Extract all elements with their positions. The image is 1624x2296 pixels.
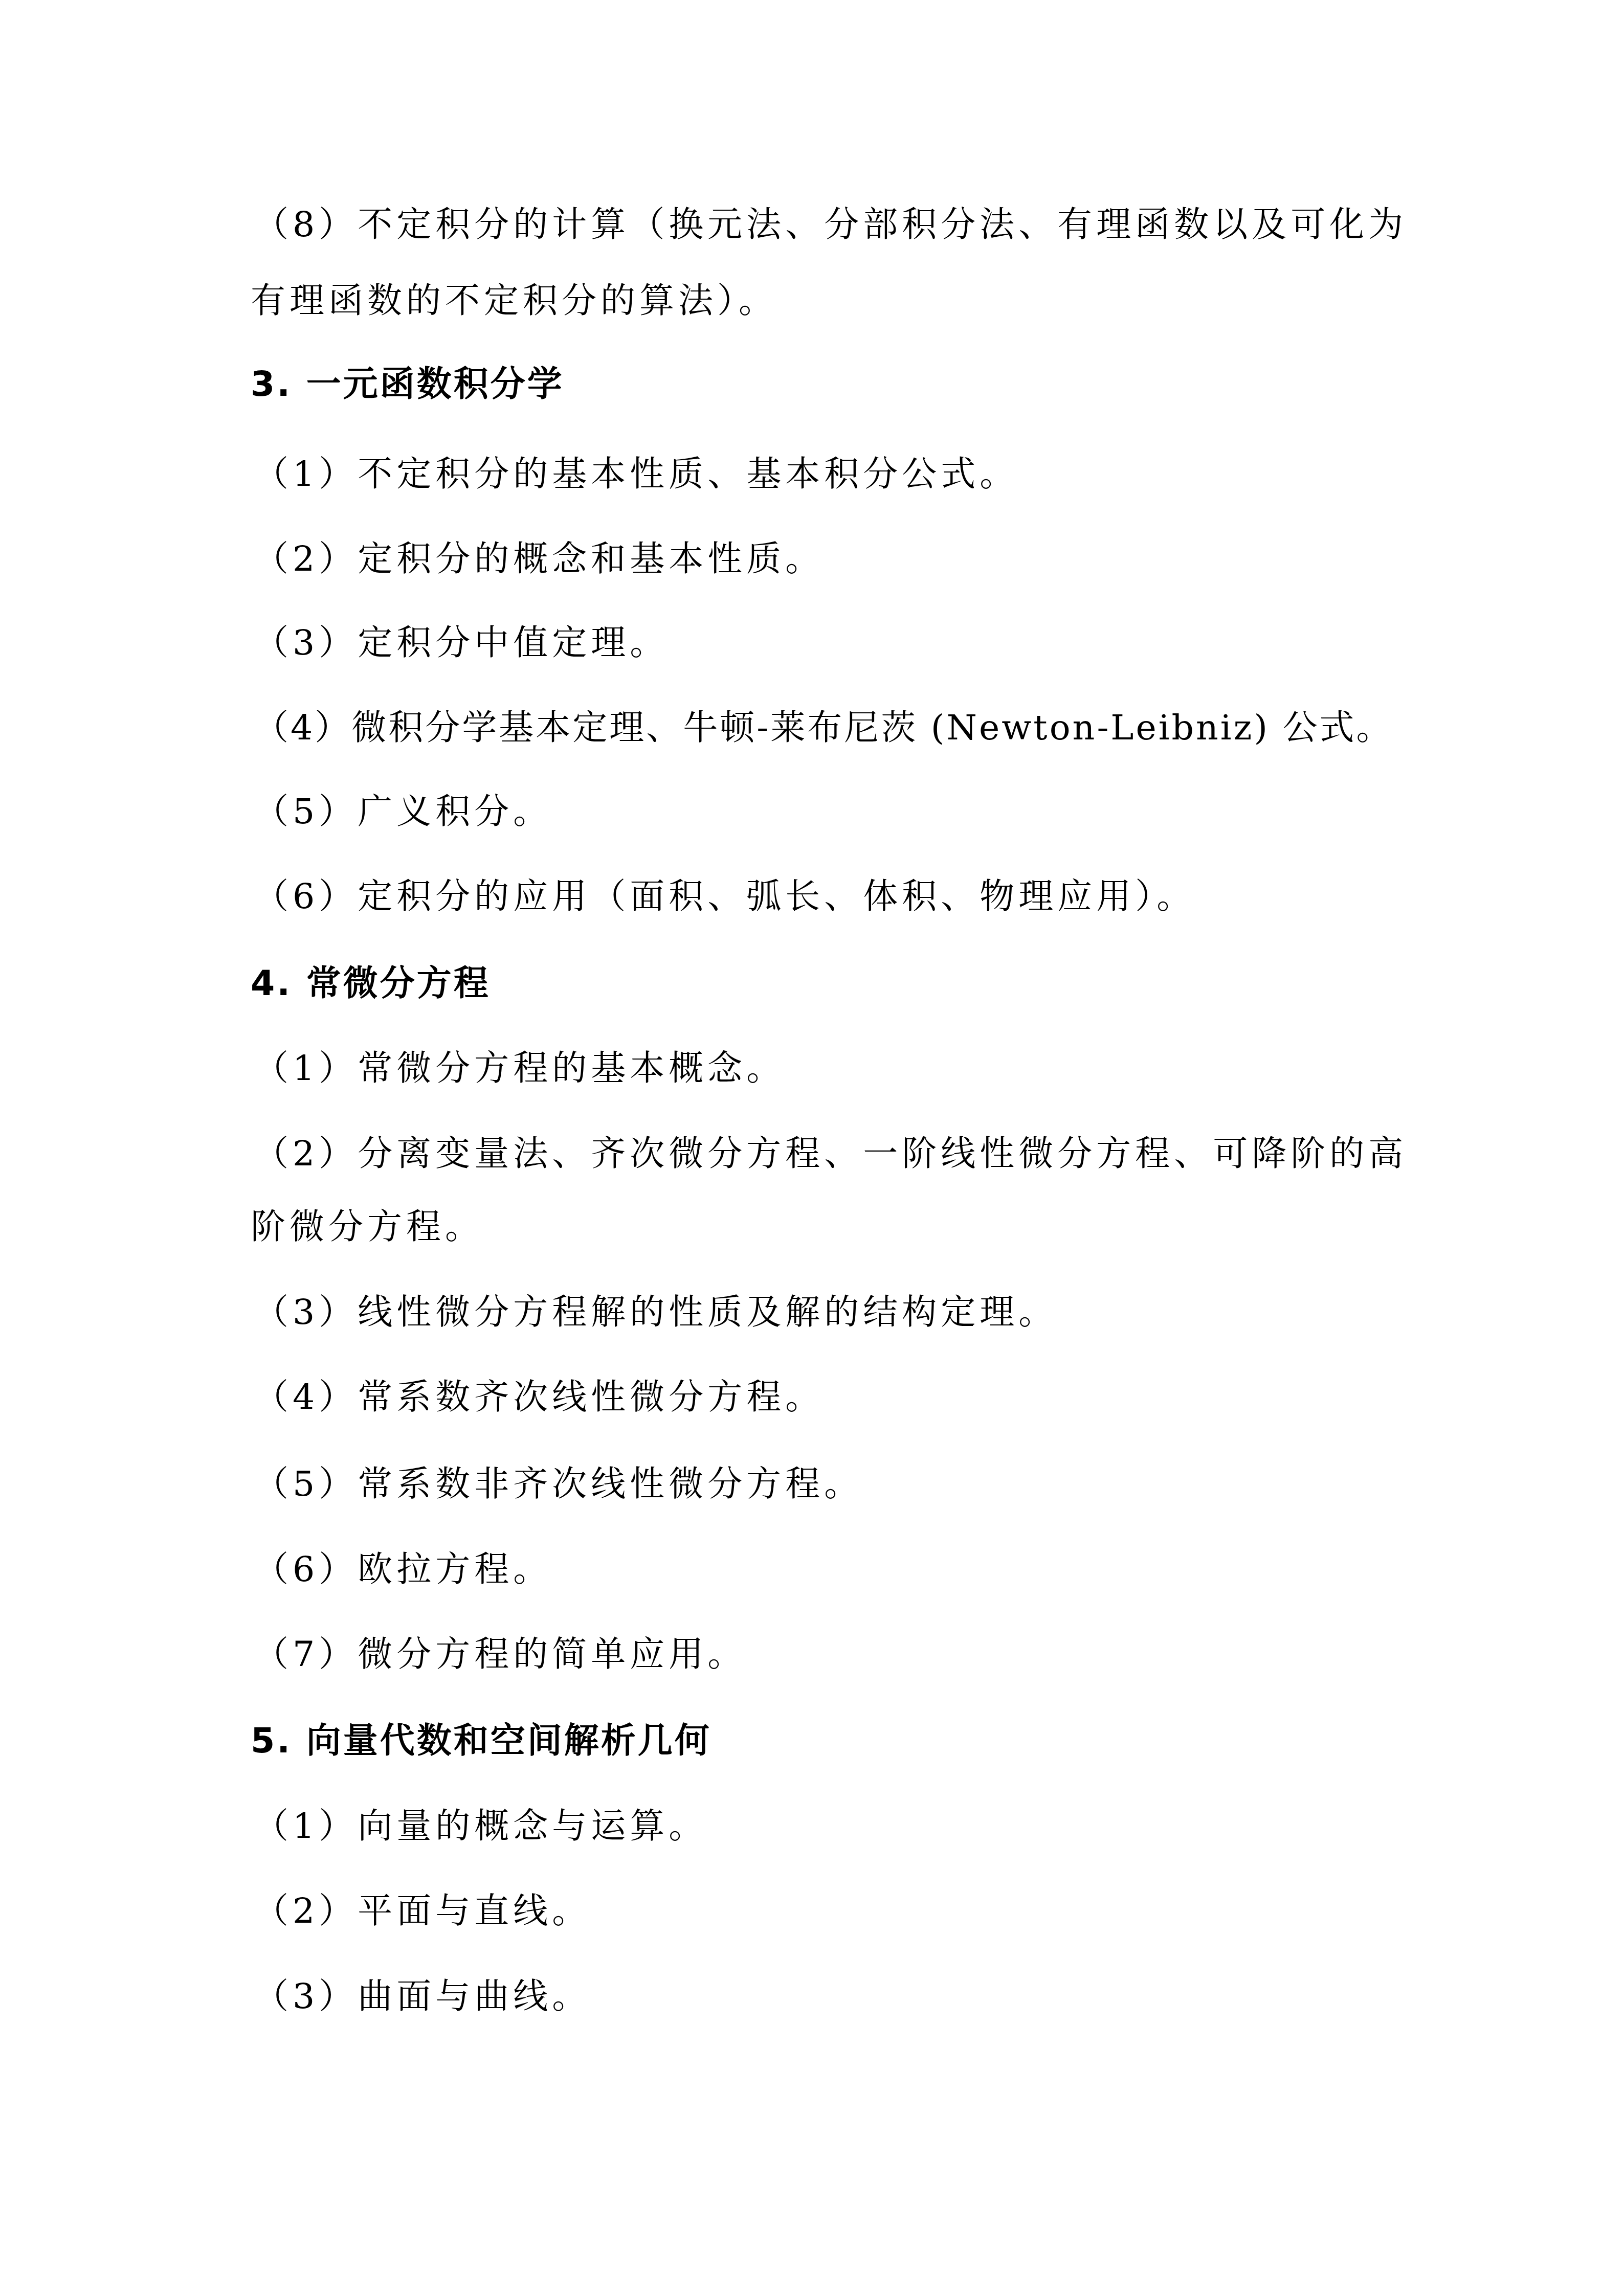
- list-item: （7）微分方程的简单应用。: [254, 1634, 746, 1675]
- list-item: （2）定积分的概念和基本性质。: [254, 539, 824, 580]
- section-heading: 5. 向量代数和空间解析几何: [251, 1721, 711, 1762]
- section-heading: 4. 常微分方程: [251, 963, 491, 1004]
- list-item: （4）微积分学基本定理、牛顿-莱布尼茨 (Newton-Leibniz) 公式。: [254, 708, 1393, 749]
- list-item-continuation: 阶微分方程。: [251, 1207, 484, 1248]
- list-item: （3）线性微分方程解的性质及解的结构定理。: [254, 1292, 1057, 1333]
- list-item: （1）不定积分的基本性质、基本积分公式。: [254, 454, 1018, 495]
- list-item: （4）常系数齐次线性微分方程。: [254, 1377, 824, 1418]
- list-item: （6）定积分的应用（面积、弧长、体积、物理应用）。: [254, 876, 1195, 917]
- section-heading: 3. 一元函数积分学: [251, 364, 564, 405]
- list-item-continuation: 有理函数的不定积分的算法）。: [251, 281, 777, 322]
- list-item: （8）不定积分的计算（换元法、分部积分法、有理函数以及可化为: [254, 205, 1407, 245]
- list-item: （1）向量的概念与运算。: [254, 1806, 707, 1847]
- list-item: （5）广义积分。: [254, 792, 552, 832]
- list-item: （3）定积分中值定理。: [254, 623, 669, 664]
- list-item: （5）常系数非齐次线性微分方程。: [254, 1464, 863, 1505]
- list-item: （6）欧拉方程。: [254, 1549, 552, 1590]
- list-item: （3）曲面与曲线。: [254, 1976, 591, 2017]
- list-item: （2）平面与直线。: [254, 1891, 591, 1932]
- list-item: （2）分离变量法、齐次微分方程、一阶线性微分方程、可降阶的高: [254, 1134, 1407, 1175]
- list-item: （1）常微分方程的基本概念。: [254, 1048, 785, 1089]
